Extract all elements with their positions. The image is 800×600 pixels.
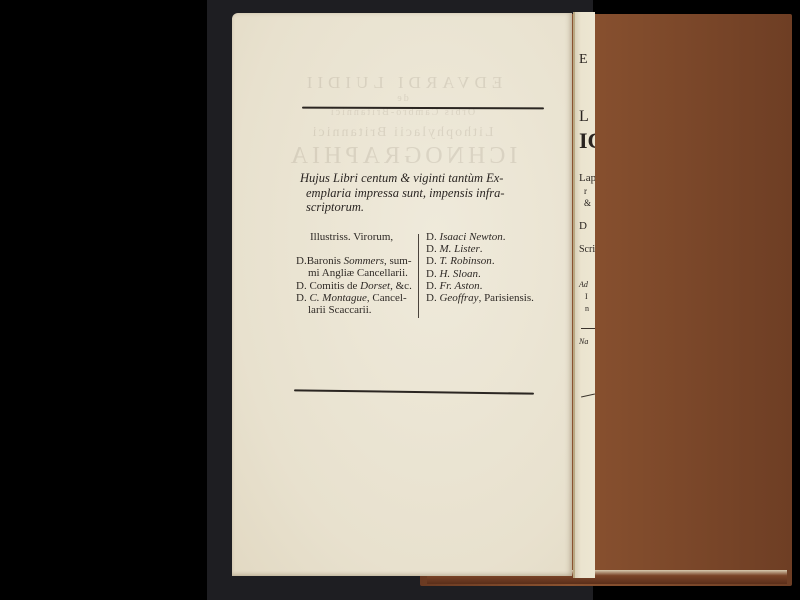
subscriber-entry: D. Geoffray, Parisiensis. [426,292,548,304]
subscriber-entry: D. Comitis de Dorset, &c. [296,280,416,292]
facing-text-fragment: Na [579,337,588,346]
subscriber-column-left: Illustriss. Virorum, D.Baronis Sommers, … [296,231,416,316]
facing-text-fragment: Scri [579,244,595,255]
subscriber-entry: D.Baronis Sommers, sum- [296,255,416,267]
notice-line: emplaria impressa sunt, impensis infra- [300,186,546,201]
column-divider [418,234,419,318]
notice-line: scriptorum. [300,200,546,215]
facing-rule [581,328,595,329]
facing-text-fragment: & [584,198,591,208]
subscriber-entry: mi Angliæ Cancellarii. [296,267,416,279]
subscriber-entry: D. T. Robinson. [426,255,548,267]
subscriber-list: Illustriss. Virorum, D.Baronis Sommers, … [296,231,546,321]
subscriber-entry: D. M. Lister. [426,243,548,255]
subscriber-entry: larii Scaccarii. [296,304,416,316]
facing-rule [581,394,595,398]
bleed-through-line: EDVARDI LUIDII [232,73,572,93]
subscriber-entry: D. Isaaci Newton. [426,231,548,243]
facing-text-fragment: r [584,186,587,196]
facing-text-fragment: n [585,304,589,313]
subscriber-entry: D. H. Sloan. [426,268,548,280]
subscriber-heading: Illustriss. Virorum, [296,231,416,243]
edition-notice: Hujus Libri centum & viginti tantùm Ex- … [300,171,546,215]
book-page: EDVARDI LUIDII de Orbis Cambro-Britannic… [232,13,572,576]
facing-text-fragment: Ad [579,280,588,289]
bleed-through-line: Lithophylacii Britannici [232,125,572,141]
facing-page-edge: E L IC Lap r & D Scri Ad I n Na [573,12,595,578]
facing-text-fragment: D [579,220,587,232]
bleed-through-line: ICHNOGRAPHIA [232,143,572,170]
notice-line: Hujus Libri centum & viginti tantùm Ex- [300,171,546,186]
facing-text-fragment: I [585,292,588,301]
facing-text-fragment: L [579,108,589,126]
facing-text-fragment: Lap [579,172,595,184]
bottom-rule [294,389,534,394]
subscriber-entry: D. C. Montague, Cancel- [296,292,416,304]
subscriber-column-right: D. Isaaci Newton. D. M. Lister. D. T. Ro… [426,231,548,304]
facing-text-fragment: IC [579,128,595,154]
subscriber-entry: D. Fr. Aston. [426,280,548,292]
facing-text-fragment: E [579,52,588,68]
bleed-through-line: de [232,93,572,104]
